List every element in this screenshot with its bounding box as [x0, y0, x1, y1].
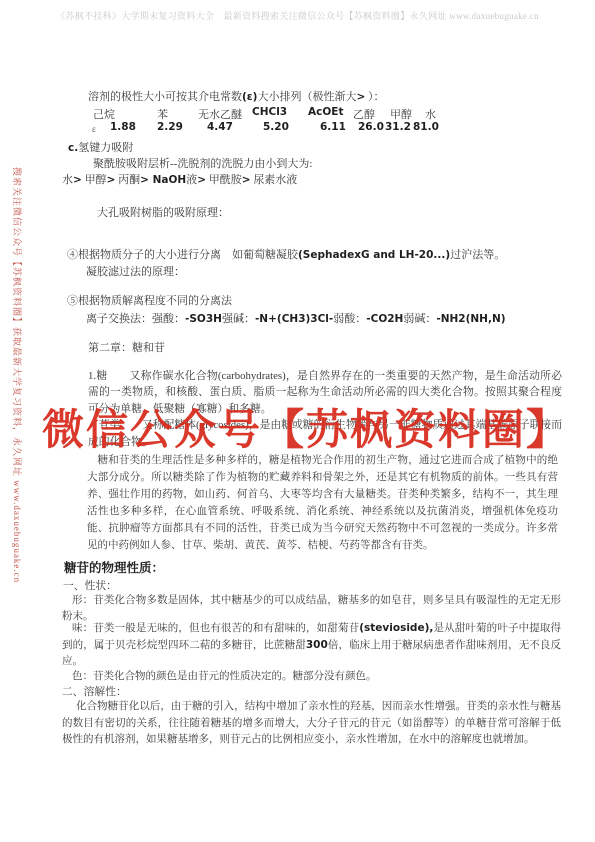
ion-exchange-line: 离子交换法：强酸：-SO3H强碱：-N+(CH3)3Cl-弱酸：-CO2H弱碱：…	[86, 310, 506, 326]
left-vertical-watermark: 搜索关注微信公众号【苏枫资料圈】获取最新大学复习资料，永久网址 www.daxu…	[11, 167, 24, 583]
separation-item5-line: ⑤根据物质解离程度不同的分离法	[67, 292, 232, 308]
physical-properties-title: 糖苷的物理性质：	[64, 558, 164, 576]
state-heading: 一、性状：	[63, 578, 117, 593]
chapter-title: 第二章：糖和苷	[88, 339, 165, 355]
solvent-names-row: 己烷 苯 无水乙醚 CHCl3 AcOEt 乙醇 甲醇 水	[93, 106, 455, 122]
solubility-paragraph: 化合物糖苷化以后，由于糖的引入，结构中增加了亲水性的羟基，因而亲水性增强。苷类的…	[62, 699, 561, 749]
center-watermark: 微信公众号【苏枫资料圈】	[42, 397, 570, 457]
solvent-polarity-line: 溶剂的极性大小可按其介电常数(ε)大小排列（极性渐大> ）：	[88, 88, 385, 104]
polyamide-line: 聚酰胺吸附层析--洗脱剂的洗脱力由小到大为:	[93, 155, 312, 171]
header-watermark-text: 《苏枫不挂科》大学期末复习资料大全 最新资料搜索关注微信公众号【苏枫资料圈】永久…	[0, 9, 595, 22]
document-page: 《苏枫不挂科》大学期末复习资料大全 最新资料搜索关注微信公众号【苏枫资料圈】永久…	[0, 0, 595, 842]
eluent-strength-line: 水> 甲醇> 丙酮> NaOH液> 甲酰胺> 尿素水液	[62, 171, 297, 187]
physiological-activity-paragraph: 糖和苷类的生理活性是多种多样的，糖是植物光合作用的初生产物，通过它进而合成了植物…	[87, 452, 558, 554]
gel-filtration-line: 凝胶滤过法的原理：	[86, 263, 185, 279]
macroporous-resin-line: 大孔吸附树脂的吸附原理：	[97, 204, 229, 220]
solubility-heading: 二、溶解性：	[62, 684, 127, 699]
taste-paragraph: 味：苷类一般是无味的，但也有很苦的和有甜味的，如甜菊苷(stevioside),…	[62, 620, 561, 671]
solvent-values-row: 1.88 2.29 4.47 5.20 6.11 26.0 31.2 81.0	[110, 121, 443, 133]
separation-item4-line: ④根据物质分子的大小进行分离 如葡萄糖凝胶(SephadexG and LH-2…	[67, 246, 505, 262]
color-line: 色：苷类化合物的颜色是由苷元的性质决定的。糖部分没有颜色。	[72, 668, 377, 683]
epsilon-label: ε	[92, 124, 96, 134]
hydrogen-bond-line: c.氢键力吸附	[68, 139, 133, 155]
